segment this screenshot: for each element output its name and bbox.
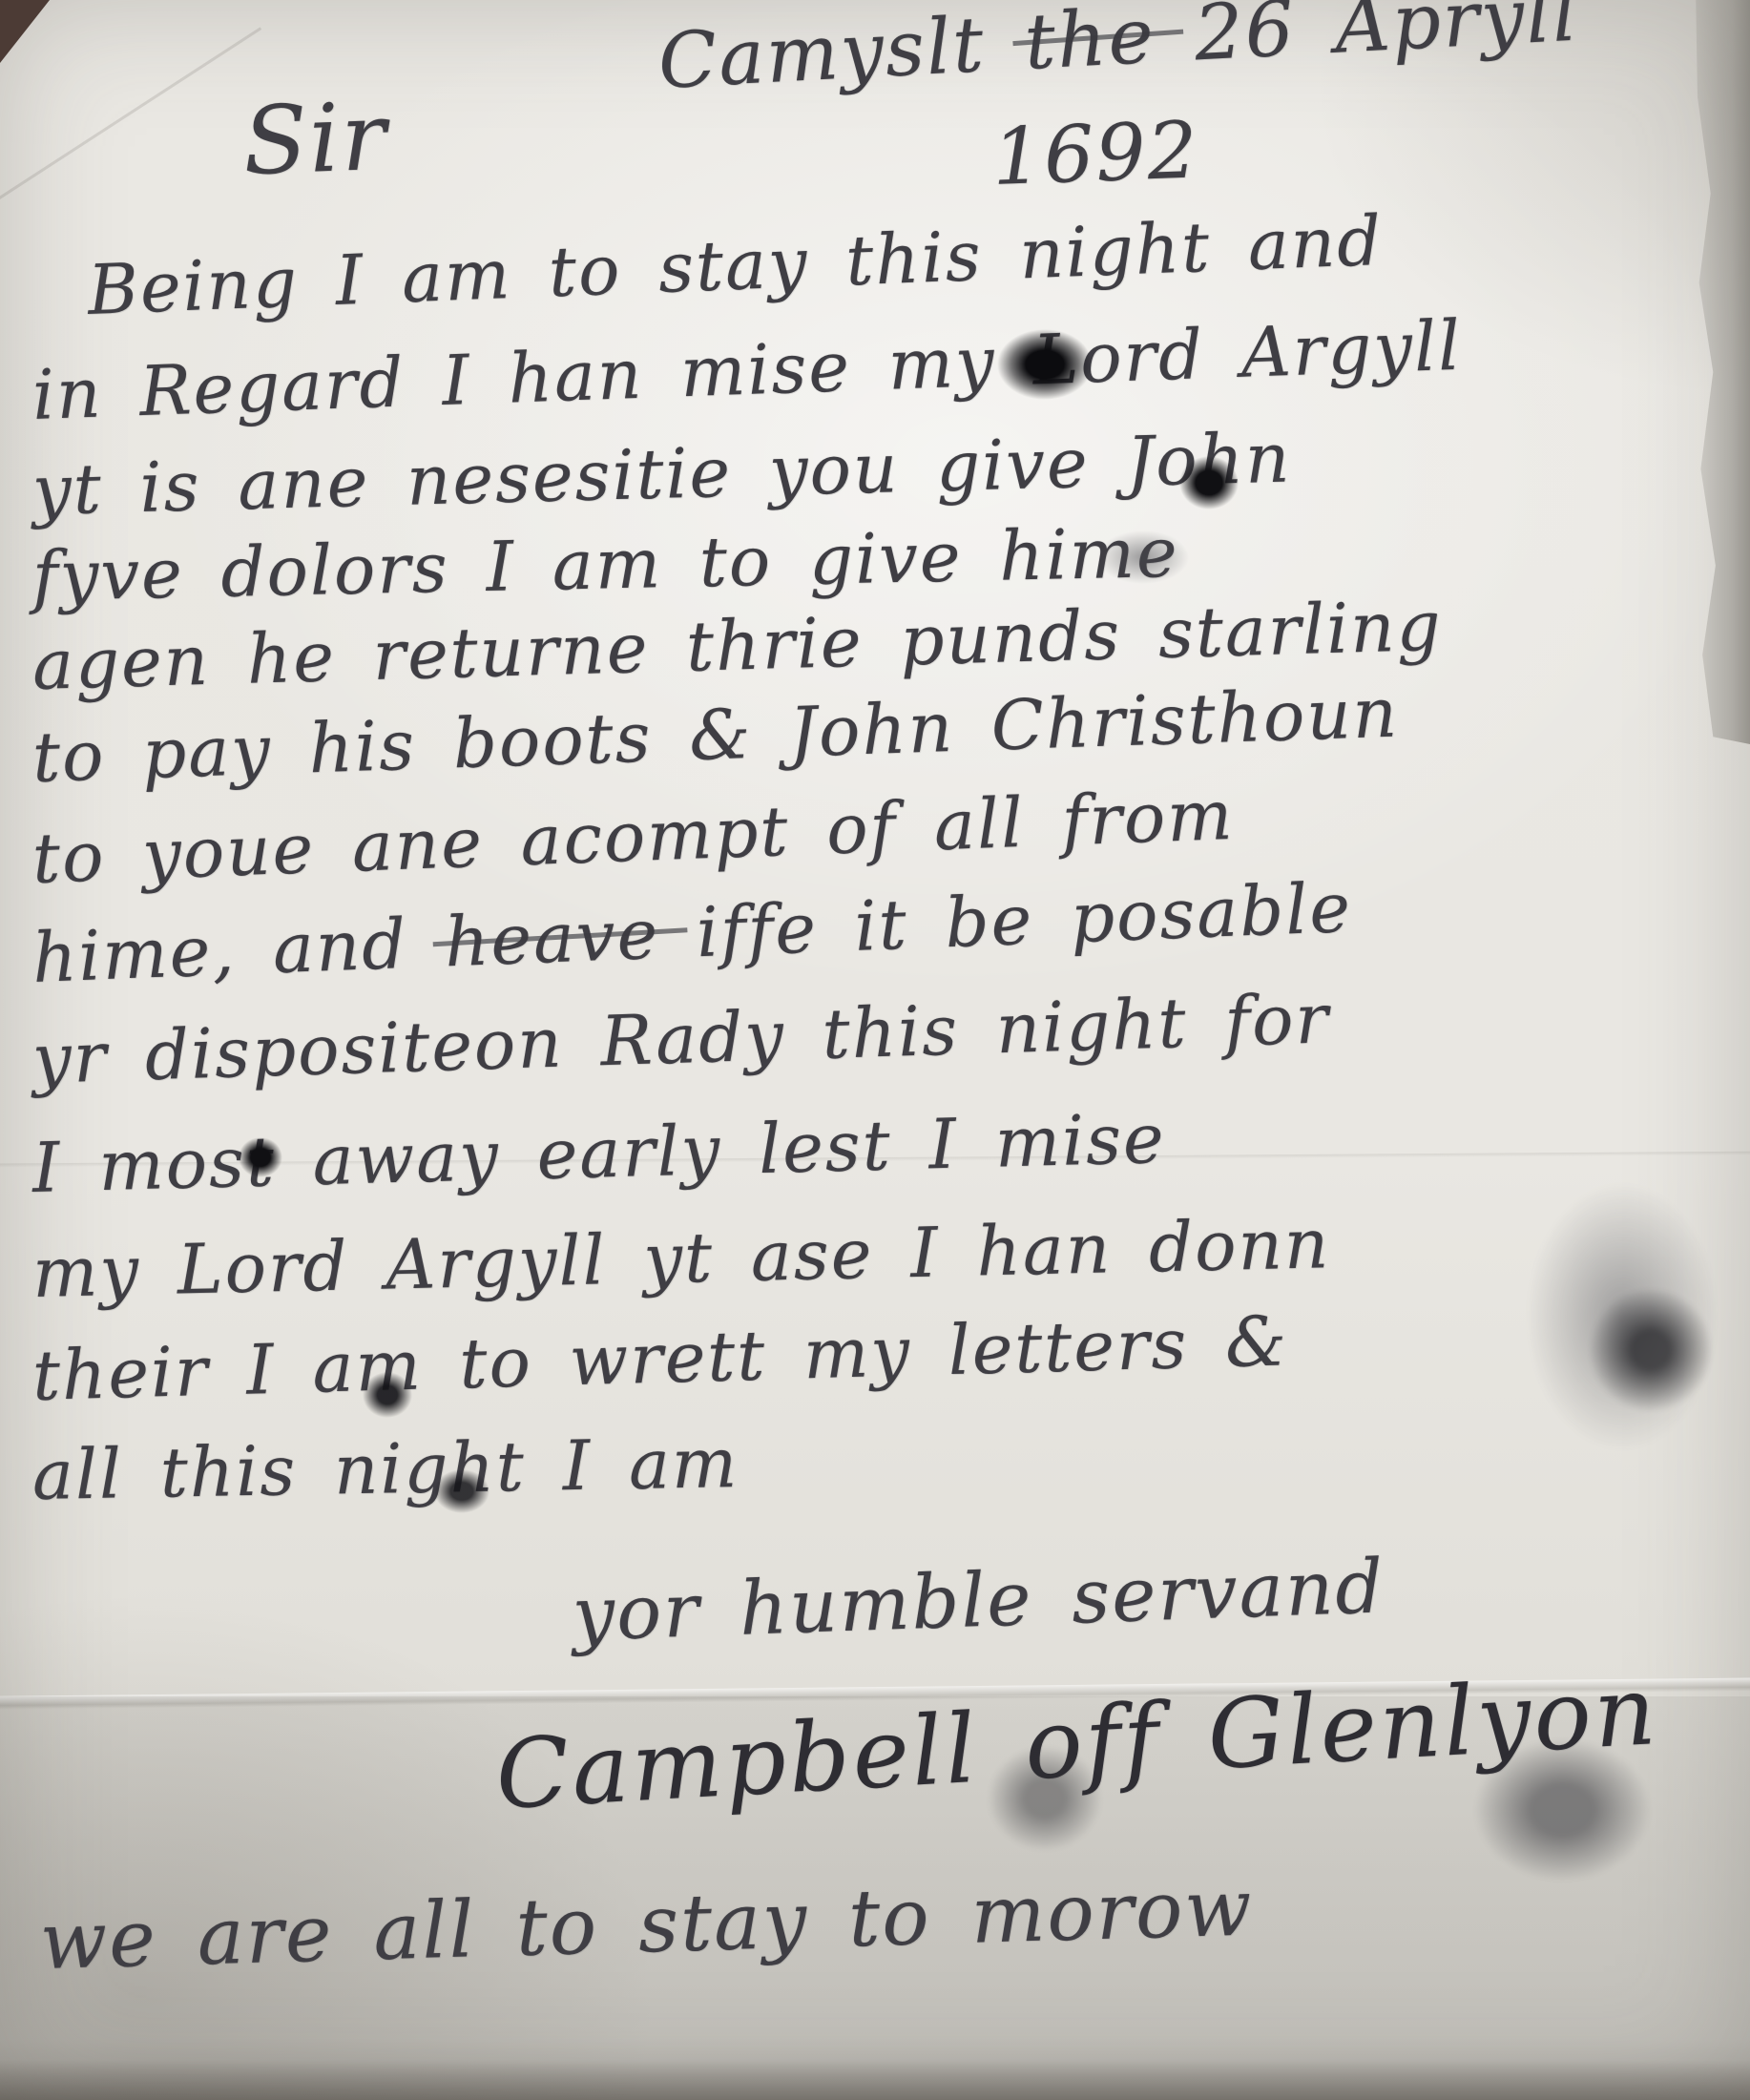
letter-line: my Lord Argyll yt ase I han donn bbox=[31, 1203, 1331, 1313]
ink-smudge bbox=[1474, 1738, 1651, 1882]
struck-word: heave bbox=[443, 894, 660, 983]
ink-blot bbox=[997, 329, 1093, 400]
ink-smudge bbox=[988, 1746, 1102, 1851]
letter-line: yr dispositeon Rady this night for bbox=[31, 978, 1331, 1099]
letter-photo: Camyslt the 26 Apryll 1692 Sir Being I a… bbox=[0, 0, 1750, 2100]
ink-blot bbox=[239, 1137, 282, 1177]
ink-blot bbox=[363, 1372, 412, 1418]
letter-line: their I am to wrett my letters & bbox=[31, 1300, 1289, 1416]
ink-blot bbox=[1179, 456, 1239, 509]
ink-blot bbox=[434, 1469, 490, 1513]
letter-line: all this night I am bbox=[31, 1423, 740, 1515]
letter-line: Being I am to stay this night and bbox=[86, 200, 1384, 330]
ink-smudge bbox=[1097, 530, 1189, 584]
ink-smudge bbox=[1589, 1288, 1713, 1412]
letter-line: I most away early lest I mise bbox=[31, 1098, 1167, 1208]
letter-line: in Regard I han mise my Lord Argyll bbox=[31, 305, 1464, 435]
